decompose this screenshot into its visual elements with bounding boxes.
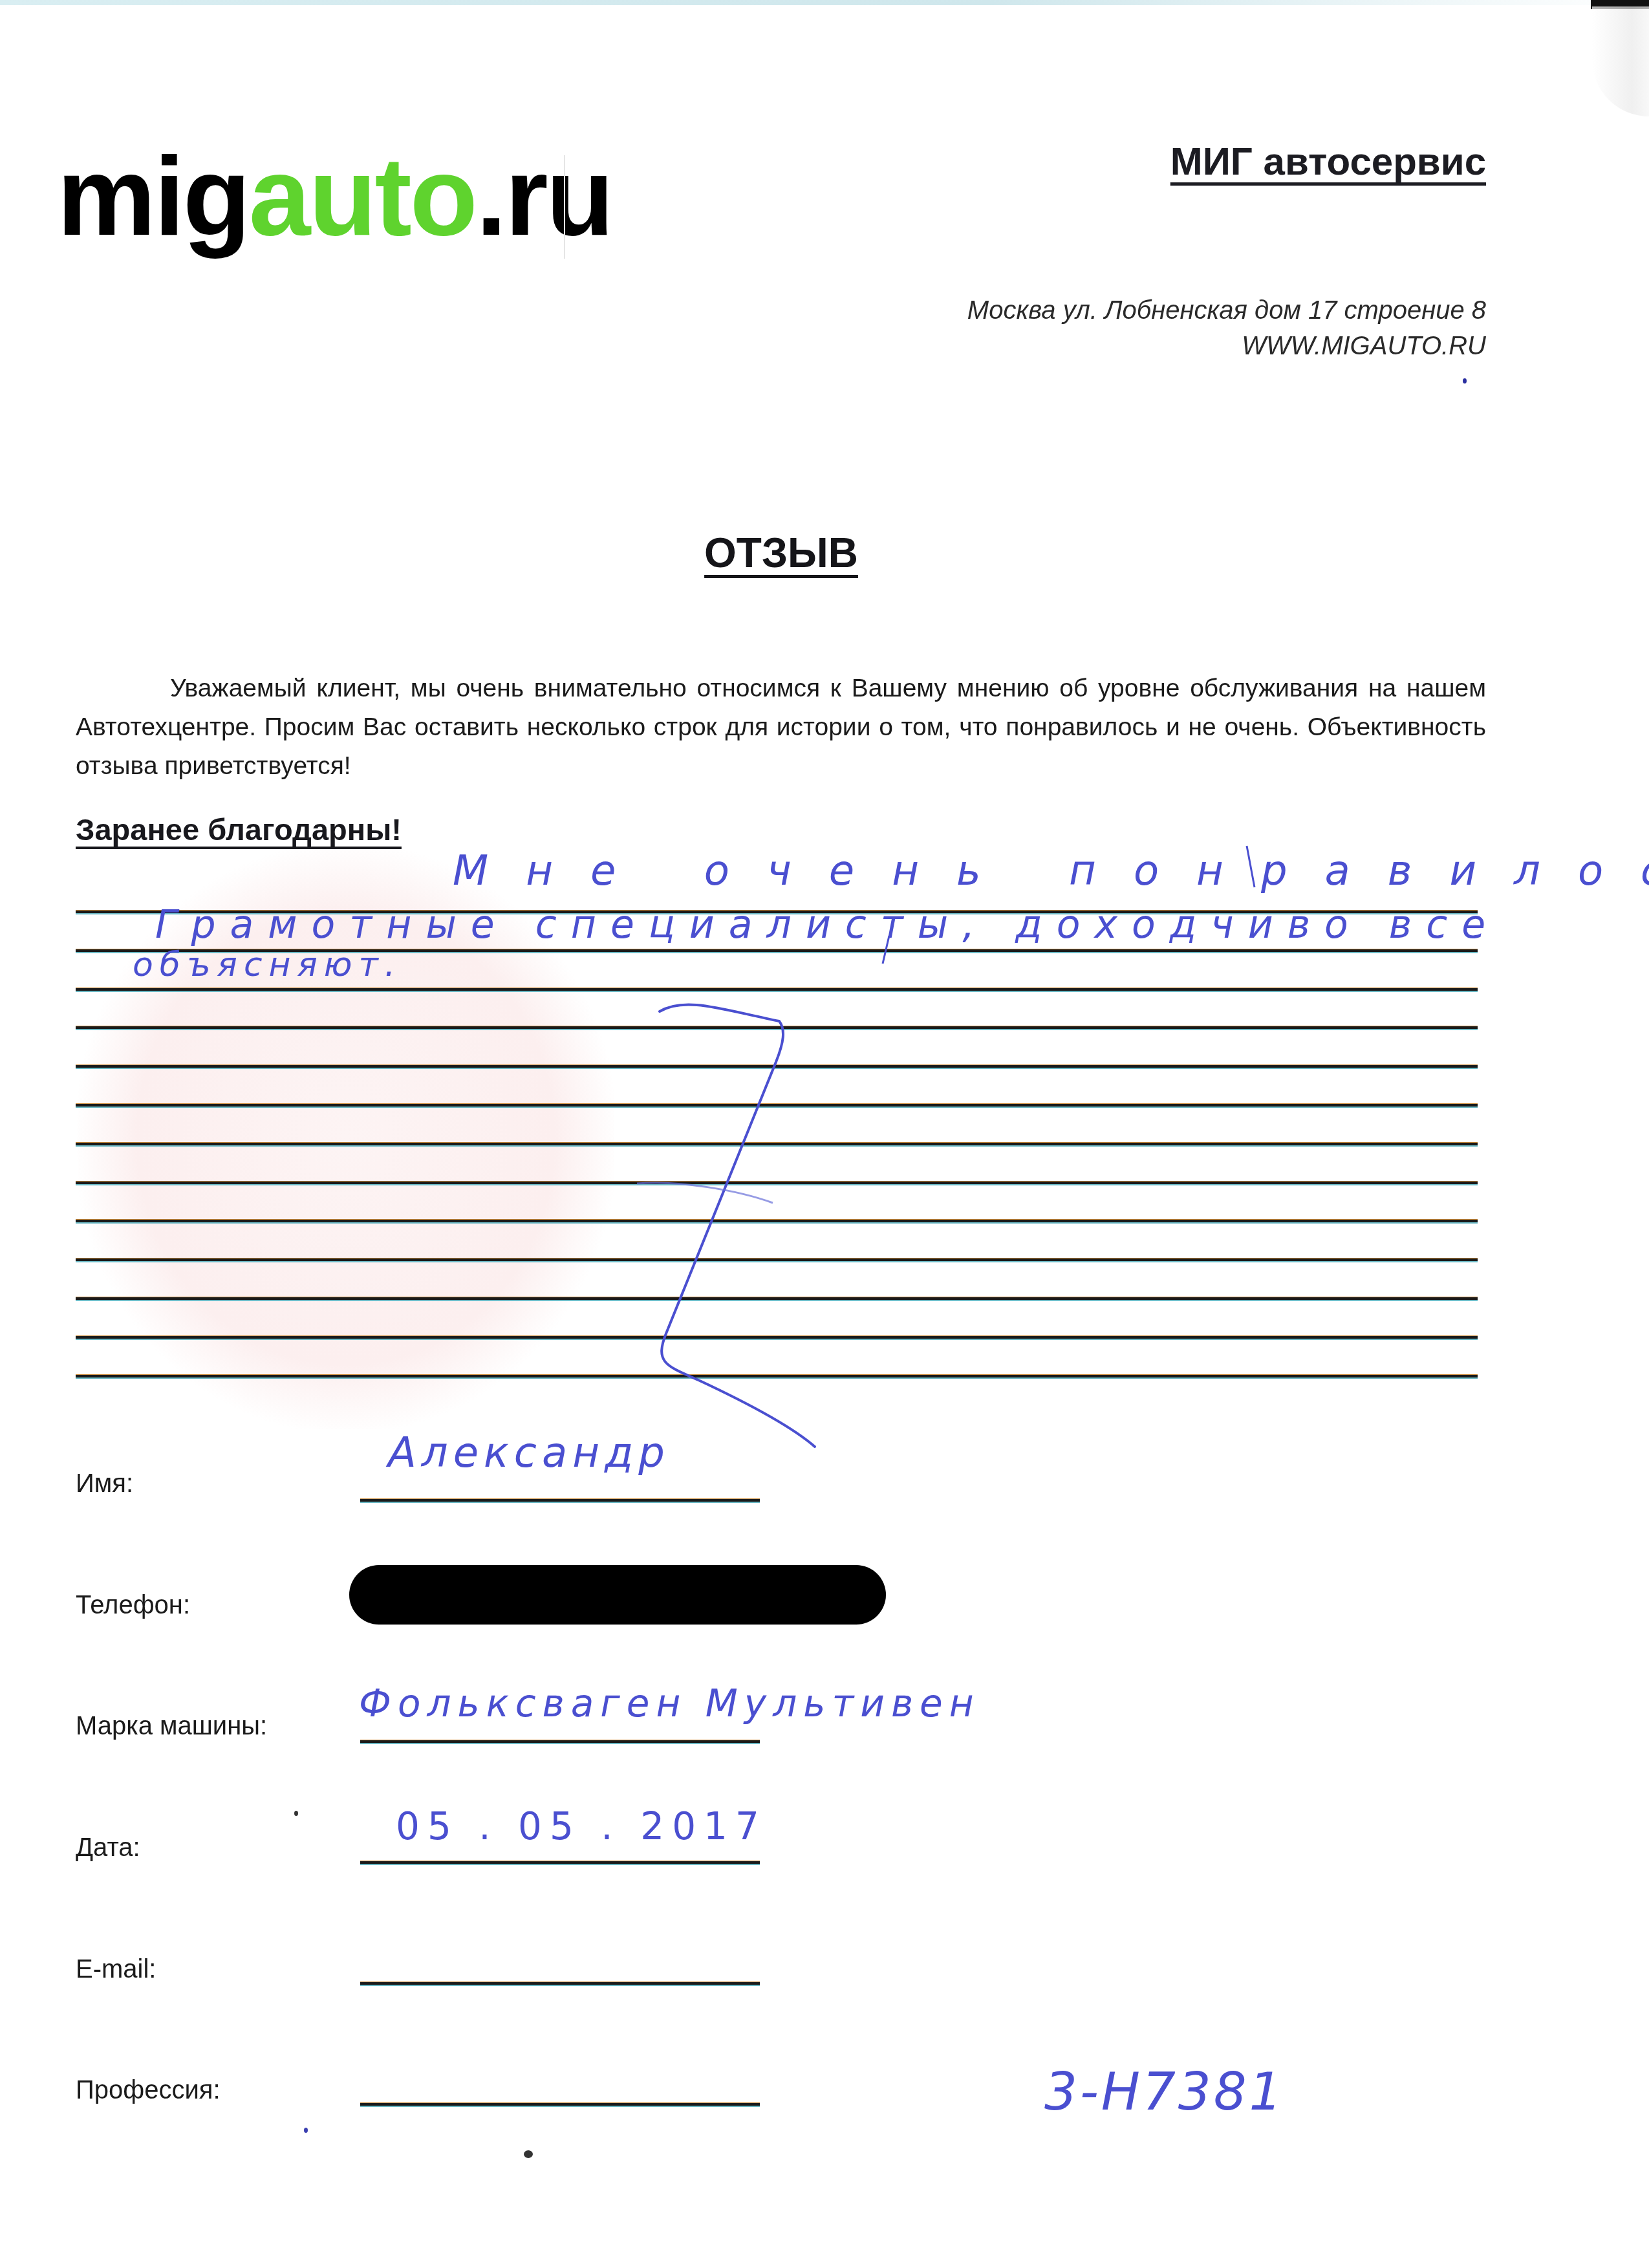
reference-number: 3-H7381 bbox=[1044, 2062, 1285, 2122]
field-label-email: E-mail: bbox=[76, 1955, 156, 1984]
field-line-car bbox=[360, 1740, 760, 1743]
field-value-name[interactable]: Александр bbox=[388, 1429, 670, 1477]
field-line-profession[interactable] bbox=[360, 2103, 760, 2106]
speck bbox=[304, 2128, 308, 2133]
field-line-date bbox=[360, 1861, 760, 1864]
field-label-phone: Телефон: bbox=[76, 1591, 190, 1620]
field-value-date[interactable]: 05 . 05 . 2017 bbox=[396, 1804, 767, 1848]
field-line-name bbox=[360, 1499, 760, 1502]
field-line-email[interactable] bbox=[360, 1982, 760, 1985]
speck bbox=[524, 2150, 533, 2158]
field-label-profession: Профессия: bbox=[76, 2076, 221, 2105]
field-label-name: Имя: bbox=[76, 1469, 133, 1498]
field-value-car[interactable]: Фольксваген Мультивен bbox=[359, 1681, 980, 1725]
field-label-car: Марка машины: bbox=[76, 1712, 267, 1741]
field-label-date: Дата: bbox=[76, 1833, 140, 1863]
strike-through-mark bbox=[0, 0, 1649, 2268]
redacted-phone bbox=[349, 1565, 886, 1625]
speck bbox=[294, 1811, 298, 1816]
